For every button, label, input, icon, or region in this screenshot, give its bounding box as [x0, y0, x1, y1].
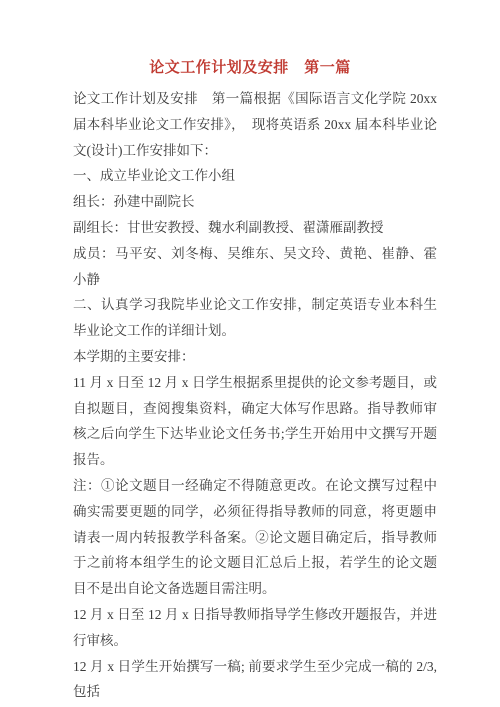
- paragraph: 成员：马平安、刘冬梅、吴维东、吴文玲、黄艳、崔静、霍小静: [73, 241, 437, 293]
- paragraph: 12 月 x 日至 12 月 x 日指导教师指导学生修改开题报告，并进行审核。: [73, 602, 437, 654]
- paragraph: 12 月 x 日学生开始撰写一稿; 前要求学生至少完成一稿的 2/3,包括: [73, 654, 437, 706]
- document-page: 论文工作计划及安排 第一篇 论文工作计划及安排 第一篇根据《国际语言文化学院 2…: [0, 0, 500, 707]
- paragraph: 副组长：甘世安教授、魏水利副教授、翟潇雁副教授: [73, 215, 437, 241]
- paragraph: 组长：孙建中副院长: [73, 189, 437, 215]
- paragraph: 论文工作计划及安排 第一篇根据《国际语言文化学院 20xx 届本科毕业论文工作安…: [73, 86, 437, 163]
- paragraph: 二、认真学习我院毕业论文工作安排，制定英语专业本科生毕业论文工作的详细计划。: [73, 292, 437, 344]
- paragraph: 注：①论文题目一经确定不得随意更改。在论文撰写过程中确实需要更题的同学，必须征得…: [73, 473, 437, 602]
- paragraph: 11 月 x 日至 12 月 x 日学生根据系里提供的论文参考题目，或自拟题目，…: [73, 370, 437, 473]
- document-title: 论文工作计划及安排 第一篇: [0, 57, 500, 79]
- paragraph: 本学期的主要安排：: [73, 344, 437, 370]
- paragraph: 一、成立毕业论文工作小组: [73, 163, 437, 189]
- document-body: 论文工作计划及安排 第一篇根据《国际语言文化学院 20xx 届本科毕业论文工作安…: [73, 86, 437, 705]
